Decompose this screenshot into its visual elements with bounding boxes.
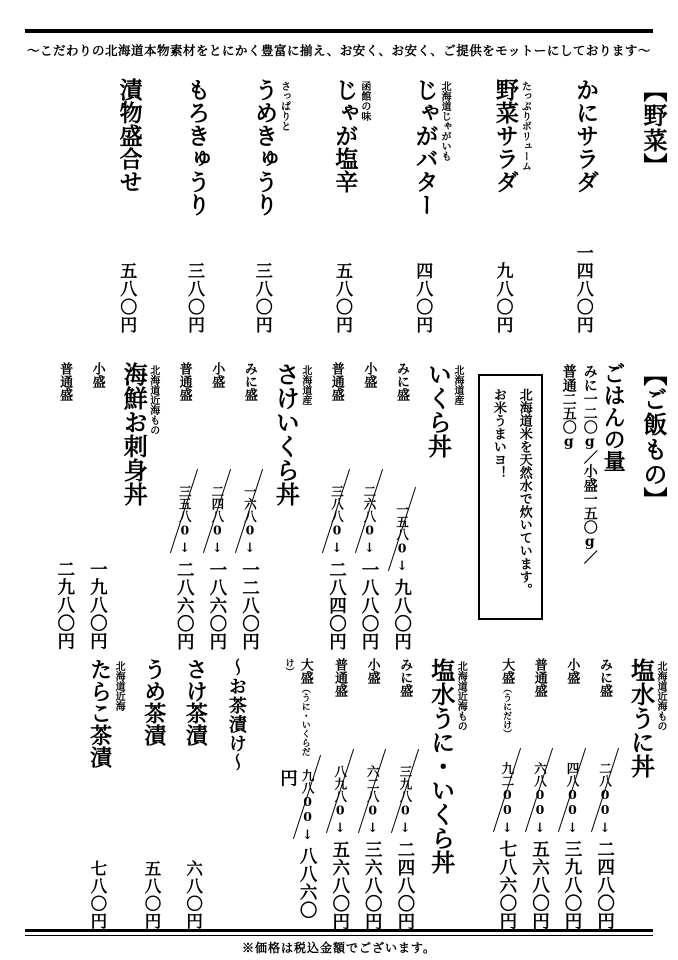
price-group: 一六八0↓一二八〇円 (239, 485, 259, 651)
old-price: 三九八0 (398, 765, 412, 818)
size-label: みに盛 (393, 362, 409, 401)
dish-head: 北海道近海もの海鮮お刺身丼 (119, 362, 158, 650)
old-price: 九八00 (300, 769, 314, 824)
item-name: たらこ茶漬 (87, 658, 112, 768)
old-price: 九二00 (500, 762, 514, 817)
bottom-rule (25, 929, 653, 936)
size-label: みに盛 (596, 658, 612, 697)
item-name: かにサラダ (572, 78, 598, 193)
old-price: 二四八0 (210, 485, 224, 538)
item-head: かにサラダ (572, 78, 598, 193)
down-arrow-icon: ↓ (394, 559, 409, 574)
menu-page: ～こだわりの北海道本物素材をとにかく豊富に揃え、お安く、お安く、ご提供をモットー… (0, 0, 678, 960)
size-label-text: 普通盛 (177, 362, 192, 401)
old-price: 一六八0 (242, 485, 256, 538)
down-arrow-icon: ↓ (332, 821, 347, 836)
size-label: 普通盛 (531, 658, 547, 697)
size-option: みに盛三九八0↓二四八〇円 (394, 658, 414, 930)
size-label: 小盛 (88, 362, 104, 388)
rice-note-line: お米うまいヨ！ (489, 388, 506, 606)
old-price: 六二八0 (365, 765, 379, 818)
item-name: もろきゅうり (184, 78, 210, 216)
size-label: 大盛（うに・いくらだけ） (280, 658, 313, 769)
size-option: 普通盛三八八0↓二八四〇円 (326, 362, 346, 650)
header-note: ～こだわりの北海道本物素材をとにかく豊富に揃え、お安く、お安く、ご提供をモットー… (0, 41, 678, 59)
size-label: 普通盛 (331, 658, 347, 697)
price-group: 二八00↓二四八〇円 (594, 762, 614, 930)
price: 二八四〇円 (326, 560, 346, 650)
item-price: 三八〇円 (251, 262, 271, 334)
size-label-text: 小盛 (365, 658, 380, 684)
size-label: 小盛 (208, 362, 224, 388)
size-option: 普通盛八九八0↓五六八〇円 (329, 658, 349, 930)
item-head: もろきゅうり (184, 78, 210, 216)
footer-note: ※価格は税込金額でございます。 (0, 939, 678, 956)
size-option: 小盛六二八0↓三六八〇円 (362, 658, 382, 930)
size-label: 小盛 (563, 658, 579, 684)
down-arrow-icon: ↓ (597, 821, 612, 836)
top-rule (25, 29, 653, 33)
dish-note: 北海道産 (298, 365, 311, 650)
item-head: 北海道じゃがいもじゃがバター (412, 78, 450, 216)
down-arrow-icon: ↓ (362, 541, 377, 556)
item-head: さっぱりとうめきゅうり (251, 78, 289, 216)
size-label: みに盛 (241, 362, 257, 401)
old-price: 二八00 (598, 762, 612, 817)
size-label: 大盛（うにだけ） (498, 658, 514, 738)
dish-name: 海鮮お刺身丼 (119, 362, 146, 650)
size-option: 小盛一九八〇円 (87, 362, 107, 650)
item-price: 七八〇円 (87, 860, 107, 930)
size-label-text: みに盛 (242, 362, 257, 401)
price-group: 九二00↓七八六〇円 (496, 762, 516, 930)
size-option: 大盛（うにだけ）九二00↓七八六〇円 (496, 658, 516, 930)
price: 二四八〇円 (595, 840, 615, 930)
down-arrow-icon: ↓ (300, 828, 315, 843)
item-price: 九八〇円 (492, 262, 512, 334)
item-price: 五八〇円 (332, 262, 352, 334)
menu-item: かにサラダ一四八〇円 (572, 78, 598, 334)
size-label-text: みに盛 (394, 362, 409, 401)
size-label: 小盛 (363, 658, 379, 684)
price: 一九八〇円 (87, 560, 107, 650)
price: 二四八〇円 (395, 840, 415, 930)
item-name: さけ茶漬 (183, 658, 208, 746)
down-arrow-icon: ↓ (564, 821, 579, 836)
size-option: みに盛二八00↓二四八〇円 (594, 658, 614, 930)
menu-item: 北海道じゃがいもじゃがバター四八〇円 (412, 78, 450, 334)
old-price: 六八00 (532, 762, 546, 817)
size-option: 普通盛六八00↓五六八〇円 (529, 658, 549, 930)
menu-item: さっぱりとうめきゅうり三八〇円 (251, 78, 289, 334)
dish-group: 北海道産さけいくら丼みに盛一六八0↓一二八〇円小盛二四八0↓一八六〇円普通盛三五… (174, 362, 311, 650)
price-group: 三九八0↓二四八〇円 (394, 765, 414, 931)
item-head: たっぷりボリューム野菜サラダ (492, 78, 530, 193)
price-group: 九八00↓八八六〇円 (277, 769, 316, 930)
down-arrow-icon: ↓ (242, 541, 257, 556)
size-label-text: 普通盛 (532, 658, 547, 697)
size-label-text: みに盛 (397, 658, 412, 697)
item-name: うめきゅうり (251, 78, 277, 216)
item-name: 野菜サラダ (492, 78, 518, 193)
item-head: さけ茶漬 (183, 658, 208, 746)
size-label: 普通盛 (328, 362, 344, 401)
section-rice-dishes: 【ご飯もの】 ごはんの量 みに一二〇g／小盛一五〇g／普通二五〇g 北海道米を天… (54, 362, 666, 650)
price-group: 三五八0↓二八六〇円 (174, 485, 194, 651)
old-price: 一五八0 (395, 503, 409, 556)
ochazuke-title: ～お茶漬け～ (224, 658, 247, 930)
size-label-text: 普通盛 (57, 362, 72, 401)
item-note: 函館の味 (357, 81, 370, 193)
size-option: 小盛二六八0↓一八八〇円 (358, 362, 378, 650)
item-note: たっぷりボリューム (518, 81, 531, 193)
size-label: 普通盛 (175, 362, 191, 401)
dish-name: いくら丼 (424, 362, 451, 650)
old-price: 四八00 (565, 762, 579, 817)
size-label-text: みに盛 (597, 658, 612, 697)
price: 一二八〇円 (239, 560, 259, 650)
price: 七八六〇円 (497, 840, 517, 930)
down-arrow-icon: ↓ (532, 821, 547, 836)
menu-item: 漬物盛合せ五八〇円 (116, 78, 142, 334)
dish-name: 塩水うに・いくら丼 (427, 658, 454, 930)
price-group: 六八00↓五六八〇円 (529, 762, 549, 930)
menu-item: たっぷりボリューム野菜サラダ九八〇円 (492, 78, 530, 334)
price: 一八八〇円 (359, 560, 379, 650)
ochazuke-group: ～お茶漬け～ さけ茶漬六八〇円うめ茶漬五八〇円北海道近海たらこ茶漬七八〇円 (87, 658, 247, 930)
rice-note-line: 北海道米を天然水で炊いています。 (515, 388, 532, 606)
item-head: 漬物盛合せ (116, 78, 142, 193)
down-arrow-icon: ↓ (397, 821, 412, 836)
menu-item: 函館の味じゃが塩辛五八〇円 (332, 78, 370, 334)
old-price: 二六八0 (362, 485, 376, 538)
price-group: 二六八0↓一八八〇円 (358, 485, 378, 651)
menu-item: うめ茶漬五八〇円 (141, 658, 166, 930)
dish-head: 北海道産さけいくら丼 (271, 362, 310, 650)
item-price: 六八〇円 (183, 860, 203, 930)
size-label-text: 普通盛 (329, 362, 344, 401)
menu-item: 北海道近海たらこ茶漬七八〇円 (87, 658, 124, 930)
down-arrow-icon: ↓ (177, 541, 192, 556)
item-name: うめ茶漬 (141, 658, 166, 746)
item-name: 漬物盛合せ (116, 78, 142, 193)
dish-head: 北海道産いくら丼 (424, 362, 463, 650)
dish-group: 北海道近海もの塩水うに丼みに盛二八00↓二四八〇円小盛四八00↓三九八〇円普通盛… (496, 658, 666, 930)
size-label-text: 小盛 (361, 362, 376, 388)
dish-head: 北海道近海もの塩水うに・いくら丼 (427, 658, 466, 930)
dish-name: さけいくら丼 (271, 362, 298, 650)
size-option: 小盛二四八0↓一八六〇円 (206, 362, 226, 650)
price-group: 八九八0↓五六八〇円 (329, 765, 349, 931)
price: 五六八〇円 (529, 840, 549, 930)
price-group: 六二八0↓三六八〇円 (362, 765, 382, 931)
section-title-vegetables: 【野菜】 (640, 78, 666, 334)
down-arrow-icon: ↓ (365, 821, 380, 836)
size-option: 大盛（うに・いくらだけ）九八00↓八八六〇円 (277, 658, 316, 930)
price: 一八六〇円 (207, 560, 227, 650)
size-label-text: 大盛 (499, 658, 514, 684)
size-label: 普通盛 (56, 362, 72, 401)
price-group: 三八八0↓二八四〇円 (326, 485, 346, 651)
dish-group: 北海道産いくら丼みに盛一五八0↓九八〇円小盛二六八0↓一八八〇円普通盛三八八0↓… (326, 362, 463, 650)
rice-note-box: 北海道米を天然水で炊いています。 お米うまいヨ！ (478, 374, 543, 620)
dish-group: 北海道近海もの塩水うに・いくら丼みに盛三九八0↓二四八〇円小盛六二八0↓三六八〇… (277, 658, 466, 930)
dish-head: 北海道近海もの塩水うに丼 (627, 658, 666, 930)
rice-amount-detail: みに一二〇g／小盛一五〇g／普通二五〇g (558, 364, 600, 576)
price-group: 二四八0↓一八六〇円 (206, 485, 226, 651)
item-note: さっぱりと (277, 81, 290, 216)
price-group: 一九八〇円 (87, 560, 107, 650)
price-group: 一五八0↓九八〇円 (391, 503, 411, 651)
dish-note: 北海道近海もの (146, 365, 159, 650)
item-price: 五八〇円 (116, 262, 136, 334)
size-label-text: 小盛 (564, 658, 579, 684)
price: 二九八〇円 (55, 560, 75, 650)
old-price: 三五八0 (177, 485, 191, 538)
size-label-text: 小盛 (209, 362, 224, 388)
down-arrow-icon: ↓ (209, 541, 224, 556)
size-option: 普通盛二九八〇円 (54, 362, 74, 650)
item-note: 北海道近海 (112, 661, 125, 768)
old-price: 八九八0 (333, 765, 347, 818)
item-name: じゃが塩辛 (332, 78, 358, 193)
item-price: 一四八〇円 (572, 244, 592, 334)
price: 三九八〇円 (562, 840, 582, 930)
old-price: 三八八0 (329, 485, 343, 538)
item-note: 北海道じゃがいも (438, 81, 451, 216)
size-label-text: 大盛 (298, 658, 313, 684)
item-head: 函館の味じゃが塩辛 (332, 78, 370, 193)
size-label: みに盛 (396, 658, 412, 697)
size-option: 小盛四八00↓三九八〇円 (561, 658, 581, 930)
size-label-text: 普通盛 (332, 658, 347, 697)
rice-amount-title: ごはんの量 (600, 362, 625, 650)
price: 九八〇円 (392, 578, 412, 650)
item-name: じゃがバター (412, 78, 438, 216)
price-group: 二九八〇円 (54, 560, 74, 650)
down-arrow-icon: ↓ (499, 821, 514, 836)
price: 五六八〇円 (330, 840, 350, 930)
item-head: 北海道近海たらこ茶漬 (87, 658, 124, 768)
item-price: 四八〇円 (412, 262, 432, 334)
item-price: 五八〇円 (141, 860, 161, 930)
item-price: 三八〇円 (184, 262, 204, 334)
dish-name: 塩水うに丼 (627, 658, 654, 930)
down-arrow-icon: ↓ (329, 541, 344, 556)
size-label-text: 小盛 (90, 362, 105, 388)
size-option: 普通盛三五八0↓二八六〇円 (174, 362, 194, 650)
item-head: うめ茶漬 (141, 658, 166, 746)
menu-item: もろきゅうり三八〇円 (184, 78, 210, 334)
section-vegetables: 【野菜】 かにサラダ一四八〇円たっぷりボリューム野菜サラダ九八〇円北海道じゃがい… (116, 78, 666, 334)
section-uni-bowls: 北海道近海もの塩水うに丼みに盛二八00↓二四八〇円小盛四八00↓三九八〇円普通盛… (87, 658, 666, 930)
price: 三六八〇円 (362, 840, 382, 930)
rice-amount-info: ごはんの量 みに一二〇g／小盛一五〇g／普通二五〇g (558, 362, 625, 650)
size-option: みに盛一五八0↓九八〇円 (391, 362, 411, 650)
dish-group: 北海道近海もの海鮮お刺身丼小盛一九八〇円普通盛二九八〇円 (54, 362, 159, 650)
size-option: みに盛一六八0↓一二八〇円 (239, 362, 259, 650)
price-group: 四八00↓三九八〇円 (561, 762, 581, 930)
size-label: 小盛 (360, 362, 376, 388)
section-title-rice: 【ご飯もの】 (640, 362, 666, 650)
size-label-note: （うにだけ） (501, 684, 511, 738)
price: 二八六〇円 (174, 560, 194, 650)
menu-item: さけ茶漬六八〇円 (183, 658, 208, 930)
